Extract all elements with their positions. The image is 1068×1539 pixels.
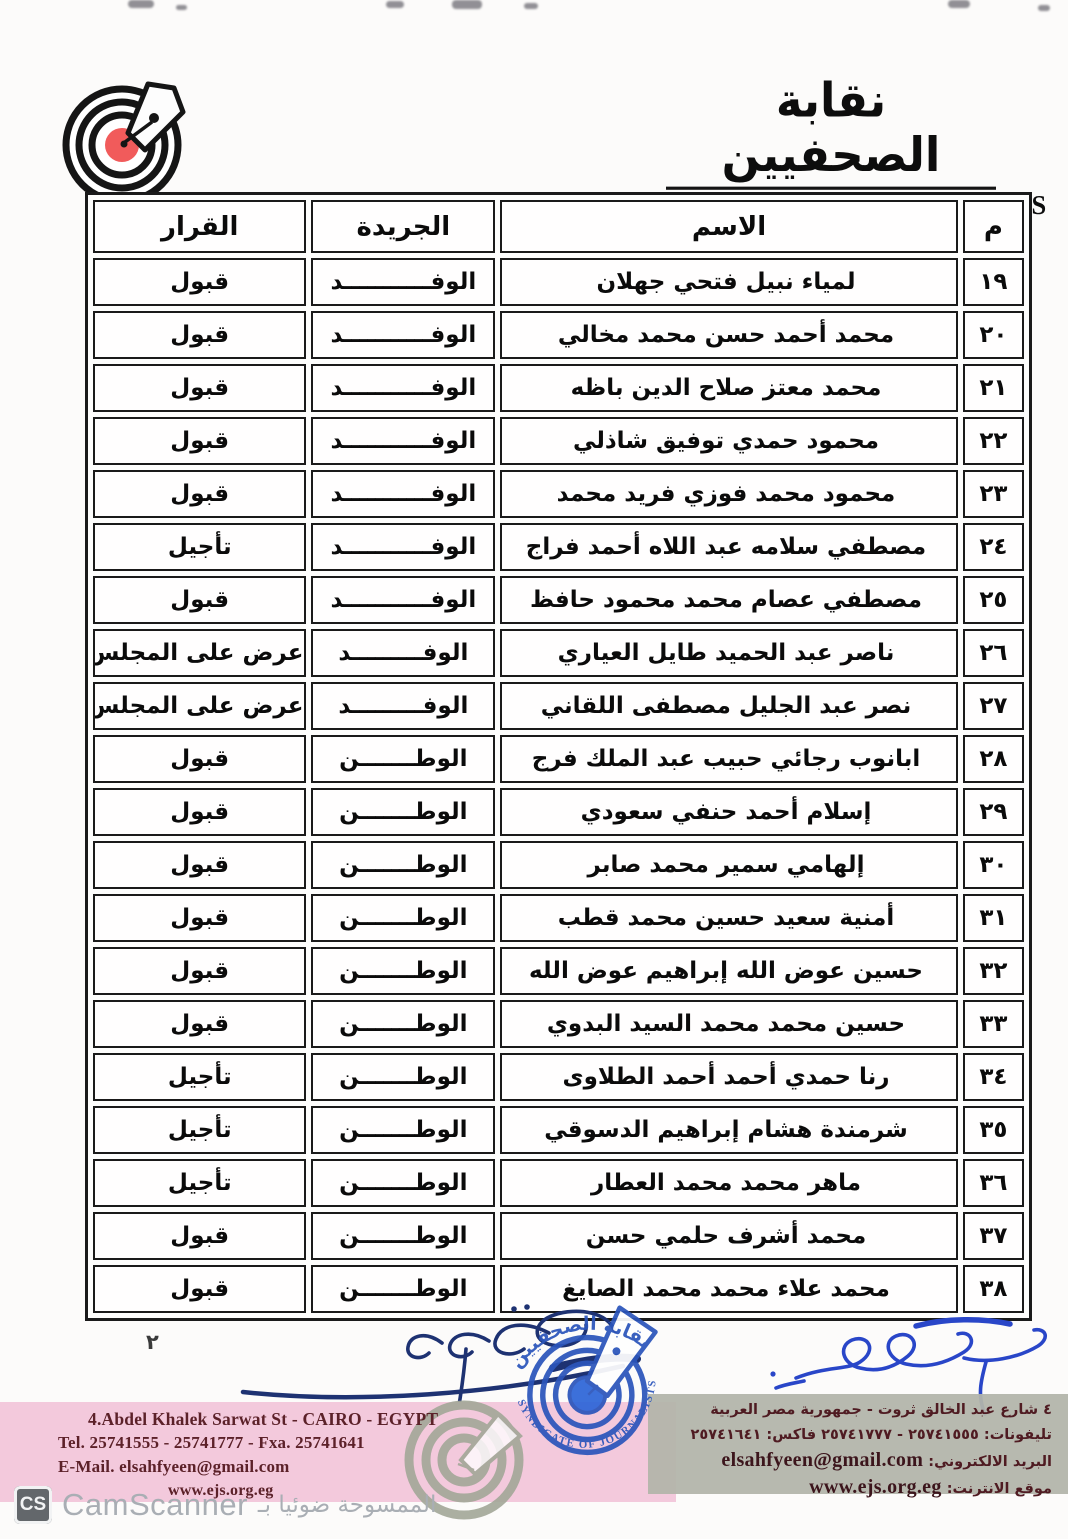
decision-cell: قبول xyxy=(93,1000,306,1048)
page-number: ٢ xyxy=(146,1330,159,1354)
row-number-cell: ٣٥ xyxy=(963,1106,1024,1154)
column-header-name: الاسم xyxy=(500,200,957,253)
decision-cell: قبول xyxy=(93,258,306,306)
footer-tel-ar: تليفونات: ٢٥٧٤١٥٥٥ - ٢٥٧٤١٧٧٧ فاكس: ٢٥٧٤… xyxy=(622,1423,1052,1448)
row-number-cell: ٢٤ xyxy=(963,523,1024,571)
row-number-cell: ٢٧ xyxy=(963,682,1024,730)
scan-artifact xyxy=(524,3,538,9)
name-cell: محمد معتز صلاح الدين باظه xyxy=(500,364,957,412)
newspaper-cell: الوطـــــــن xyxy=(311,735,495,783)
newspaper-cell: الوفـــــــــــد xyxy=(311,417,495,465)
decision-cell: عرض على المجلس xyxy=(93,682,306,730)
applicants-roster-table: م الاسم الجريدة القرار ١٩لمياء نبيل فتحي… xyxy=(85,192,1032,1321)
decision-cell: عرض على المجلس xyxy=(93,629,306,677)
footer-tel-en: Tel. 25741555 - 25741777 - Fxa. 25741641 xyxy=(58,1431,488,1455)
row-number-cell: ٢٨ xyxy=(963,735,1024,783)
name-cell: حسين عوض الله إبراهيم عوض الله xyxy=(500,947,957,995)
newspaper-cell: الوطـــــــن xyxy=(311,841,495,889)
newspaper-cell: الوطـــــــن xyxy=(311,894,495,942)
footer-contact-arabic: ٤ شارع عبد الخالق ثروت - جمهورية مصر الع… xyxy=(622,1398,1052,1502)
scan-artifact xyxy=(452,0,482,9)
decision-cell: تأجيل xyxy=(93,1159,306,1207)
decision-cell: قبول xyxy=(93,894,306,942)
decision-cell: تأجيل xyxy=(93,523,306,571)
decision-cell: قبول xyxy=(93,417,306,465)
newspaper-cell: الوطـــــــن xyxy=(311,1212,495,1260)
table-row: ٢٤مصطفي سلامه عبد اللاه أحمد فراجالوفـــ… xyxy=(93,523,1024,571)
table-row: ٣٠إلهامي سمير محمد صابرالوطـــــــنقبول xyxy=(93,841,1024,889)
table-row: ٣١أمنية سعيد حسين محمد قطبالوطـــــــنقب… xyxy=(93,894,1024,942)
row-number-cell: ٣٠ xyxy=(963,841,1024,889)
name-cell: محمد أشرف حلمي حسن xyxy=(500,1212,957,1260)
newspaper-cell: الوطـــــــن xyxy=(311,1000,495,1048)
decision-cell: قبول xyxy=(93,841,306,889)
table-row: ٢٧نصر عبد الجليل مصطفى اللقانيالوفــــــ… xyxy=(93,682,1024,730)
column-header-decision: القرار xyxy=(93,200,306,253)
scan-artifact xyxy=(948,0,970,8)
row-number-cell: ٢٦ xyxy=(963,629,1024,677)
table-row: ٢١محمد معتز صلاح الدين باظهالوفـــــــــ… xyxy=(93,364,1024,412)
newspaper-cell: الوطـــــــن xyxy=(311,1106,495,1154)
row-number-cell: ٣٧ xyxy=(963,1212,1024,1260)
table-row: ٢٩إسلام أحمد حنفي سعوديالوطـــــــنقبول xyxy=(93,788,1024,836)
scan-artifact xyxy=(1038,5,1050,11)
scan-artifact xyxy=(128,0,154,8)
table-row: ٢٣محمود محمد فوزي فريد محمدالوفـــــــــ… xyxy=(93,470,1024,518)
syndicate-target-pen-logo xyxy=(62,78,194,210)
table-row: ٣٤رنا حمدي أحمد أحمد الطلاوىالوطـــــــن… xyxy=(93,1053,1024,1101)
camscanner-watermark: CS CamScanner الممسوحة ضوئيا بـ xyxy=(14,1486,436,1524)
column-header-newspaper: الجريدة xyxy=(311,200,495,253)
decision-cell: قبول xyxy=(93,735,306,783)
name-cell: حسين محمد محمد السيد البدوي xyxy=(500,1000,957,1048)
camscanner-cs-logo-icon: CS xyxy=(14,1486,52,1524)
table-row: ٣٦ماهر محمد محمد العطارالوطـــــــنتأجيل xyxy=(93,1159,1024,1207)
newspaper-cell: الوطـــــــن xyxy=(311,947,495,995)
name-cell: ناصر عبد الحميد طايل العياري xyxy=(500,629,957,677)
newspaper-cell: الوفـــــــــــد xyxy=(311,258,495,306)
table-header-row: م الاسم الجريدة القرار xyxy=(93,200,1024,253)
row-number-cell: ٢٥ xyxy=(963,576,1024,624)
footer-email-label: البريد الالكتروني: xyxy=(928,1454,1052,1470)
row-number-cell: ٣٨ xyxy=(963,1265,1024,1313)
decision-cell: تأجيل xyxy=(93,1053,306,1101)
name-cell: محمود محمد فوزي فريد محمد xyxy=(500,470,957,518)
table-row: ٢٥مصطفي عصام محمد محمود حافظالوفــــــــ… xyxy=(93,576,1024,624)
table-row: ٢٦ناصر عبد الحميد طايل العياريالوفــــــ… xyxy=(93,629,1024,677)
footer-website-label: موقع الانترنت: xyxy=(947,1481,1052,1497)
column-header-number: م xyxy=(963,200,1024,253)
table-row: ٢٠محمد أحمد حسن محمد مخاليالوفــــــــــ… xyxy=(93,311,1024,359)
decision-cell: قبول xyxy=(93,947,306,995)
newspaper-cell: الوفـــــــــــد xyxy=(311,523,495,571)
name-cell: محمود حمدي توفيق شاذلي xyxy=(500,417,957,465)
footer-address-ar: ٤ شارع عبد الخالق ثروت - جمهورية مصر الع… xyxy=(622,1398,1052,1423)
table-row: ٣٥شرمندة هشام إبراهيم الدسوقيالوطـــــــ… xyxy=(93,1106,1024,1154)
decision-cell: قبول xyxy=(93,576,306,624)
footer-website-ar: موقع الانترنت: www.ejs.org.eg xyxy=(622,1475,1052,1502)
name-cell: نصر عبد الجليل مصطفى اللقاني xyxy=(500,682,957,730)
applicants-table-body: ١٩لمياء نبيل فتحي جهلانالوفـــــــــــدق… xyxy=(93,258,1024,1313)
decision-cell: تأجيل xyxy=(93,1106,306,1154)
row-number-cell: ٣٤ xyxy=(963,1053,1024,1101)
name-cell: رنا حمدي أحمد أحمد الطلاوى xyxy=(500,1053,957,1101)
row-number-cell: ٢٩ xyxy=(963,788,1024,836)
table-row: ٣٢حسين عوض الله إبراهيم عوض اللهالوطــــ… xyxy=(93,947,1024,995)
row-number-cell: ٣٢ xyxy=(963,947,1024,995)
newspaper-cell: الوفـــــــــد xyxy=(311,629,495,677)
row-number-cell: ٣١ xyxy=(963,894,1024,942)
name-cell: مصطفي عصام محمد محمود حافظ xyxy=(500,576,957,624)
name-cell: ابانوب رجائي حبيب عبد الملك فرج xyxy=(500,735,957,783)
syndicate-title-arabic: نقابة الصحفيين xyxy=(666,73,996,189)
name-cell: إسلام أحمد حنفي سعودي xyxy=(500,788,957,836)
row-number-cell: ٢٢ xyxy=(963,417,1024,465)
name-cell: أمنية سعيد حسين محمد قطب xyxy=(500,894,957,942)
name-cell: شرمندة هشام إبراهيم الدسوقي xyxy=(500,1106,957,1154)
newspaper-cell: الوفـــــــــــد xyxy=(311,470,495,518)
footer-email-en: E-Mail. elsahfyeen@gmail.com xyxy=(58,1455,488,1479)
newspaper-cell: الوطـــــــن xyxy=(311,788,495,836)
decision-cell: قبول xyxy=(93,364,306,412)
footer-website-value: www.ejs.org.eg xyxy=(809,1476,942,1498)
newspaper-cell: الوفـــــــــــد xyxy=(311,576,495,624)
table-row: ٣٧محمد أشرف حلمي حسنالوطـــــــنقبول xyxy=(93,1212,1024,1260)
row-number-cell: ٣٦ xyxy=(963,1159,1024,1207)
scan-artifact xyxy=(176,5,187,10)
decision-cell: قبول xyxy=(93,788,306,836)
footer-email-ar: البريد الالكتروني: elsahfyeen@gmail.com xyxy=(622,1448,1052,1475)
decision-cell: قبول xyxy=(93,311,306,359)
row-number-cell: ٢٠ xyxy=(963,311,1024,359)
table-row: ٢٨ابانوب رجائي حبيب عبد الملك فرجالوطـــ… xyxy=(93,735,1024,783)
newspaper-cell: الوطـــــــن xyxy=(311,1159,495,1207)
newspaper-cell: الوفـــــــــــد xyxy=(311,311,495,359)
scanned-document-page: نقابة الصحفيين SYNDICATE OF JOURNALISTS … xyxy=(0,0,1068,1539)
name-cell: لمياء نبيل فتحي جهلان xyxy=(500,258,957,306)
row-number-cell: ٢١ xyxy=(963,364,1024,412)
camscanner-arabic-text: الممسوحة ضوئيا بـ xyxy=(258,1492,436,1518)
row-number-cell: ٢٣ xyxy=(963,470,1024,518)
newspaper-cell: الوطـــــــن xyxy=(311,1053,495,1101)
table-row: ٣٣حسين محمد محمد السيد البدويالوطـــــــ… xyxy=(93,1000,1024,1048)
camscanner-brand-text: CamScanner xyxy=(62,1487,248,1523)
name-cell: مصطفي سلامه عبد اللاه أحمد فراج xyxy=(500,523,957,571)
footer-email-value: elsahfyeen@gmail.com xyxy=(721,1449,923,1471)
name-cell: ماهر محمد محمد العطار xyxy=(500,1159,957,1207)
newspaper-cell: الوفـــــــــــد xyxy=(311,364,495,412)
decision-cell: قبول xyxy=(93,1212,306,1260)
table-row: ٢٢محمود حمدي توفيق شاذليالوفـــــــــــد… xyxy=(93,417,1024,465)
newspaper-cell: الوفـــــــــد xyxy=(311,682,495,730)
row-number-cell: ١٩ xyxy=(963,258,1024,306)
name-cell: إلهامي سمير محمد صابر xyxy=(500,841,957,889)
name-cell: محمد أحمد حسن محمد مخالي xyxy=(500,311,957,359)
table-row: ١٩لمياء نبيل فتحي جهلانالوفـــــــــــدق… xyxy=(93,258,1024,306)
row-number-cell: ٣٣ xyxy=(963,1000,1024,1048)
decision-cell: قبول xyxy=(93,470,306,518)
applicants-table: م الاسم الجريدة القرار ١٩لمياء نبيل فتحي… xyxy=(85,192,1032,1321)
footer-address-en: 4.Abdel Khalek Sarwat St - CAIRO - EGYPT xyxy=(88,1407,488,1431)
scan-artifact xyxy=(386,1,404,8)
